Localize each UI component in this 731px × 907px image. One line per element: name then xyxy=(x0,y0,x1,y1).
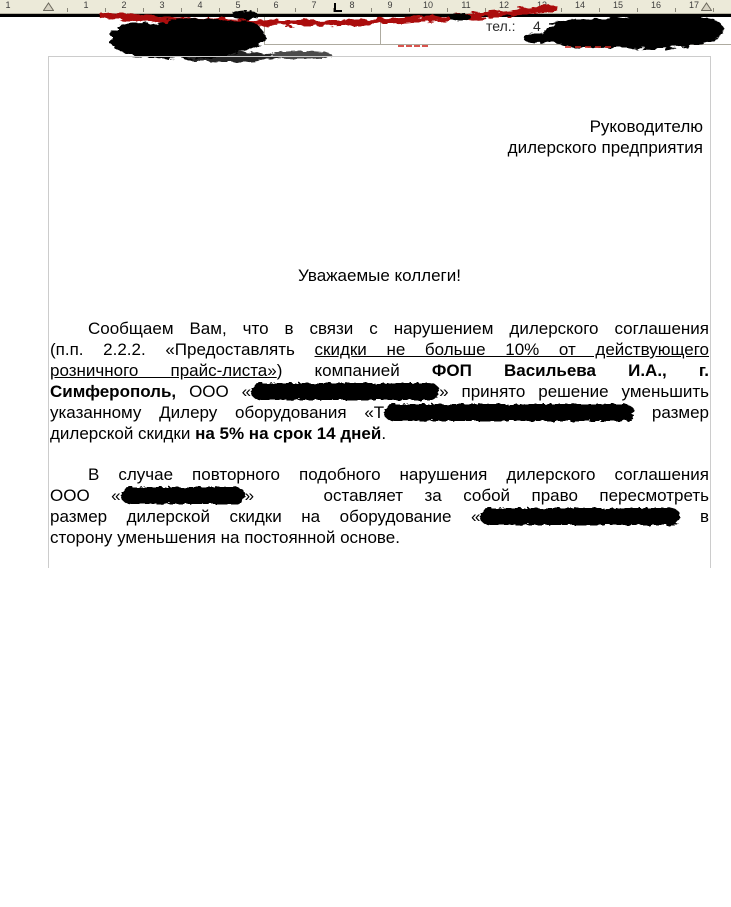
left-indent-marker[interactable] xyxy=(43,1,54,12)
text-segment: (п.п. 2.2.2. «Предоставлять xyxy=(50,340,315,359)
ruler-number: 9 xyxy=(387,1,392,10)
letterhead-cell-divider-2 xyxy=(380,17,381,44)
text-boundary-top xyxy=(48,56,710,57)
body-text-line: сторону уменьшения на постоянной основе. xyxy=(50,527,709,548)
ruler-number: 8 xyxy=(349,1,354,10)
spellcheck-underline xyxy=(565,46,611,48)
ruler-tick xyxy=(371,8,372,12)
ruler-number: 2 xyxy=(121,1,126,10)
text-segment: розничного прайс-листа» xyxy=(50,361,277,380)
ruler-tick xyxy=(561,8,562,12)
text-segment: указанному Дилеру оборудования «Т xyxy=(50,403,384,422)
text-segment: размер xyxy=(634,403,709,422)
text-boundary-left xyxy=(48,56,49,568)
ruler-number: 1 xyxy=(83,1,88,10)
body-paragraph-1: Сообщаем Вам, что в связи с нарушением д… xyxy=(50,318,709,444)
text-boundary-right xyxy=(710,56,711,568)
ruler-number: 15 xyxy=(613,1,623,10)
text-segment: . xyxy=(381,424,386,443)
body-text-line: (п.п. 2.2.2. «Предоставлять скидки не бо… xyxy=(50,339,709,360)
text-segment: оставляет за собой право пересмотреть xyxy=(324,486,709,505)
ruler-number: 11 xyxy=(461,1,470,10)
spellcheck-underline xyxy=(398,45,428,47)
ruler-tick xyxy=(257,8,258,12)
text-segment: ) компанией xyxy=(277,361,432,380)
letterhead-cell-divider-1 xyxy=(264,17,265,44)
body-text-line: размер дилерской скидки на оборудование … xyxy=(50,506,709,527)
ruler-number: 4 xyxy=(197,1,202,10)
ruler-tick xyxy=(485,8,486,12)
horizontal-ruler[interactable]: 1 1234567891011121314151617 xyxy=(0,0,731,14)
phone-number-digit: 4 xyxy=(533,18,541,34)
company-name-redaction-1 xyxy=(251,383,439,400)
ruler-tick xyxy=(599,8,600,12)
ruler-tick xyxy=(409,8,410,12)
body-text-line: указанному Дилеру оборудования «Т размер xyxy=(50,402,709,423)
text-segment: ООО « xyxy=(176,382,251,401)
body-text-line: ООО «» оставляет за собой право пересмот… xyxy=(50,485,709,506)
ruler-number: 5 xyxy=(235,1,240,10)
text-segment: сторону уменьшения на постоянной основе. xyxy=(50,528,400,547)
letterhead-bottom-border xyxy=(264,44,731,45)
ruler-tick xyxy=(675,8,676,12)
ruler-tick xyxy=(67,8,68,12)
ruler-tick xyxy=(523,8,524,12)
brand-name-redaction-2 xyxy=(480,508,680,525)
salutation: Уважаемые коллеги! xyxy=(50,265,709,286)
ruler-margin-number: 1 xyxy=(5,1,10,10)
body-text-line: дилерской скидки на 5% на срок 14 дней. xyxy=(50,423,709,444)
text-segment: дилерской скидки xyxy=(50,424,195,443)
ruler-tick xyxy=(637,8,638,12)
text-segment: В случае повторного подобного нарушения … xyxy=(88,465,709,484)
ruler-tick xyxy=(713,8,714,12)
body-text-line: В случае повторного подобного нарушения … xyxy=(50,464,709,485)
recipient-line: Руководителю xyxy=(50,116,703,137)
brand-name-redaction-1 xyxy=(384,404,634,421)
ruler-tick xyxy=(295,8,296,12)
text-segment: на 5% на срок 14 дней xyxy=(195,424,381,443)
body-text-line: розничного прайс-листа») компанией ФОП В… xyxy=(50,360,709,381)
ruler-number: 13 xyxy=(537,1,547,10)
letterhead-top-border xyxy=(0,14,731,17)
company-name-redaction-2 xyxy=(121,487,245,504)
text-segment: » xyxy=(245,486,276,505)
ruler-tick xyxy=(447,8,448,12)
phone-label: тел.: xyxy=(486,18,516,34)
text-segment: ООО « xyxy=(50,486,121,505)
ruler-number: 3 xyxy=(159,1,164,10)
ruler-tick xyxy=(333,8,334,12)
ruler-number: 7 xyxy=(311,1,316,10)
ruler-number: 6 xyxy=(273,1,278,10)
text-segment: в xyxy=(680,507,709,526)
ruler-tick xyxy=(219,8,220,12)
body-text-line: Симферополь, ООО «» принято решение умен… xyxy=(50,381,709,402)
text-segment: Симферополь, xyxy=(50,382,176,401)
ruler-tick xyxy=(181,8,182,12)
tab-stop-marker[interactable] xyxy=(334,3,342,12)
text-segment: размер дилерской скидки на оборудование … xyxy=(50,507,480,526)
document-window: { "ruler": { "margin_number": "1", "unit… xyxy=(0,0,731,907)
ruler-number: 12 xyxy=(499,1,509,10)
ruler-tick xyxy=(143,8,144,12)
body-text-line: Сообщаем Вам, что в связи с нарушением д… xyxy=(50,318,709,339)
document-page[interactable]: тел.: 4 Руководителю дилерского предприя… xyxy=(0,13,731,907)
text-segment: » принято решение уменьшить xyxy=(439,382,709,401)
ruler-number: 14 xyxy=(575,1,585,10)
recipient-line: дилерского предприятия xyxy=(50,137,703,158)
logo-redaction-blob xyxy=(112,18,266,59)
ruler-number: 10 xyxy=(423,1,433,10)
right-indent-marker[interactable] xyxy=(701,1,712,12)
ruler-number: 16 xyxy=(651,1,661,10)
ruler-number: 17 xyxy=(689,1,699,10)
recipient-block: Руководителю дилерского предприятия xyxy=(50,116,709,158)
body-paragraph-2: В случае повторного подобного нарушения … xyxy=(50,464,709,548)
ruler-tick xyxy=(105,8,106,12)
text-segment: скидки не больше 10% от действующего xyxy=(315,340,710,359)
text-segment: Сообщаем Вам, что в связи с нарушением д… xyxy=(88,319,709,338)
text-segment: ФОП Васильева И.А., г. xyxy=(432,361,709,380)
